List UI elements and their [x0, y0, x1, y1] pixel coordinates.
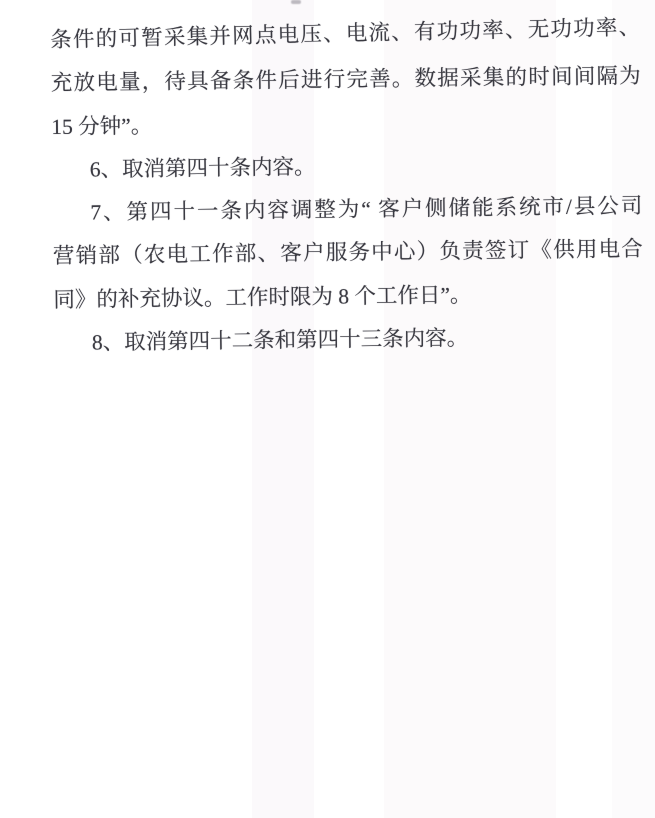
text-line: 营销部（农电工作部、客户服务中心）负责签订《供用电合	[53, 228, 643, 279]
scan-artifact	[291, 0, 301, 4]
text-line: 7、第四十一条内容调整为“ 客户侧储能系统市/县公司	[52, 185, 642, 236]
text-line: 条件的可暂采集并网点电压、电流、有功功率、无功功率、	[50, 6, 641, 62]
text-line: 同》的补充协议。工作时限为 8 个工作日”。	[53, 272, 643, 323]
text-line: 15 分钟”。	[51, 98, 641, 149]
document-text-block: 条件的可暂采集并网点电压、电流、有功功率、无功功率、充放电量，待具备条件后进行完…	[50, 12, 644, 366]
text-line: 8、取消第四十二条和第四十三条内容。	[54, 315, 644, 366]
document-page: 条件的可暂采集并网点电压、电流、有功功率、无功功率、充放电量，待具备条件后进行完…	[0, 0, 655, 818]
text-line: 充放电量，待具备条件后进行完善。数据采集的时间间隔为	[51, 55, 641, 106]
text-line: 6、取消第四十条内容。	[52, 142, 642, 193]
